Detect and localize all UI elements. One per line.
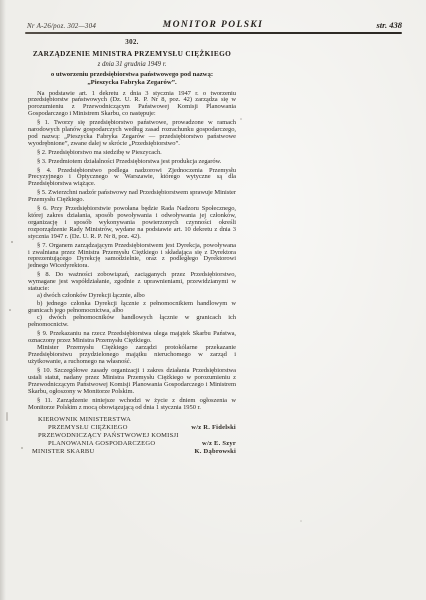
paragraph-8-item-b: b) jednego członka Dyrekcji łącznie z pe…	[28, 301, 236, 315]
paragraph-3: § 3. Przedmiotem działalności Przedsiębi…	[28, 159, 236, 166]
paragraph-2: § 2. Przedsiębiorstwo ma siedzibę w Pies…	[28, 150, 236, 157]
signature-row: PLANOWANIA GOSPODARCZEGO w/z E. Szyr	[28, 440, 236, 448]
act-subject-line-1: o utworzeniu przedsiębiorstwa państwoweg…	[51, 71, 213, 78]
issue-and-positions: Nr A-26/poz. 302—304	[27, 22, 96, 30]
act-date-line: z dnia 31 grudnia 1949 r.	[28, 61, 236, 68]
paragraph-9: § 9. Przekazaniu na rzecz Przedsiębiorst…	[28, 331, 236, 345]
signature-office: MINISTER SKARBU	[28, 448, 94, 456]
paragraph-1: § 1. Tworzy się przedsiębiorstwo państwo…	[28, 120, 236, 148]
header-rule	[25, 32, 402, 34]
signature-office: PLANOWANIA GOSPODARCZEGO	[28, 440, 155, 448]
signature-name: K. Dąbrowski	[194, 448, 236, 456]
signature-block: KIEROWNIK MINISTERSTWA PRZEMYSŁU CIĘŻKIE…	[28, 416, 236, 456]
paragraph-10: § 10. Szczegółowe zasady organizacji i z…	[28, 368, 236, 396]
paragraph-preamble: Na podstawie art. 1 dekretu z dnia 3 sty…	[28, 91, 236, 119]
paragraph-6: § 6. Przy Przedsiębiorstwie powołana będ…	[28, 206, 236, 241]
signature-row: PRZEWODNICZĄCY PAŃSTWOWEJ KOMISJI	[28, 432, 236, 440]
paragraph-11: § 11. Zarządzenie niniejsze wchodzi w ży…	[28, 398, 236, 412]
page-number: str. 438	[376, 20, 402, 30]
scanned-gazette-page: Nr A-26/poz. 302—304 MONITOR POLSKI str.…	[0, 0, 426, 600]
act-position-number: 302.	[28, 38, 236, 46]
act-title: ZARZĄDZENIE MINISTRA PRZEMYSŁU CIĘŻKIEGO	[28, 49, 236, 58]
act-subject: o utworzeniu przedsiębiorstwa państwoweg…	[28, 71, 236, 87]
act-body: Na podstawie art. 1 dekretu z dnia 3 sty…	[28, 91, 236, 412]
paragraph-5: § 5. Zwierzchni nadzór państwowy nad Prz…	[28, 190, 236, 204]
publication-title: MONITOR POLSKI	[163, 20, 263, 30]
paragraph-9-continuation: Minister Przemysłu Ciężkiego zarządzi pr…	[28, 345, 236, 366]
scan-speck	[300, 520, 302, 522]
scan-speck	[240, 118, 242, 120]
paragraph-8-item-c: c) dwóch pełnomocników handlowych łączni…	[28, 315, 236, 329]
paragraph-8: § 8. Do ważności zobowiązań, zaciąganych…	[28, 272, 236, 293]
scan-edge-mark	[6, 412, 8, 421]
paragraph-7: § 7. Organem zarządzającym Przedsiębiors…	[28, 243, 236, 271]
act-column: 302. ZARZĄDZENIE MINISTRA PRZEMYSŁU CIĘŻ…	[28, 38, 236, 456]
signature-row: KIEROWNIK MINISTERSTWA	[28, 416, 236, 424]
signature-office: PRZEWODNICZĄCY PAŃSTWOWEJ KOMISJI	[28, 432, 179, 440]
signature-name: w/z R. Fidelski	[191, 424, 236, 432]
act-subject-line-2: „Pieszycka Fabryka Zegarów”.	[87, 79, 176, 86]
paragraph-4: § 4. Przedsiębiorstwo podlega nadzorowi …	[28, 168, 236, 189]
scan-speck	[21, 447, 23, 449]
signature-row: MINISTER SKARBU K. Dąbrowski	[28, 448, 236, 456]
signature-office: KIEROWNIK MINISTERSTWA	[28, 416, 131, 424]
scan-speck	[9, 309, 11, 311]
scan-speck	[11, 241, 13, 243]
signature-name: w/z E. Szyr	[202, 440, 236, 448]
